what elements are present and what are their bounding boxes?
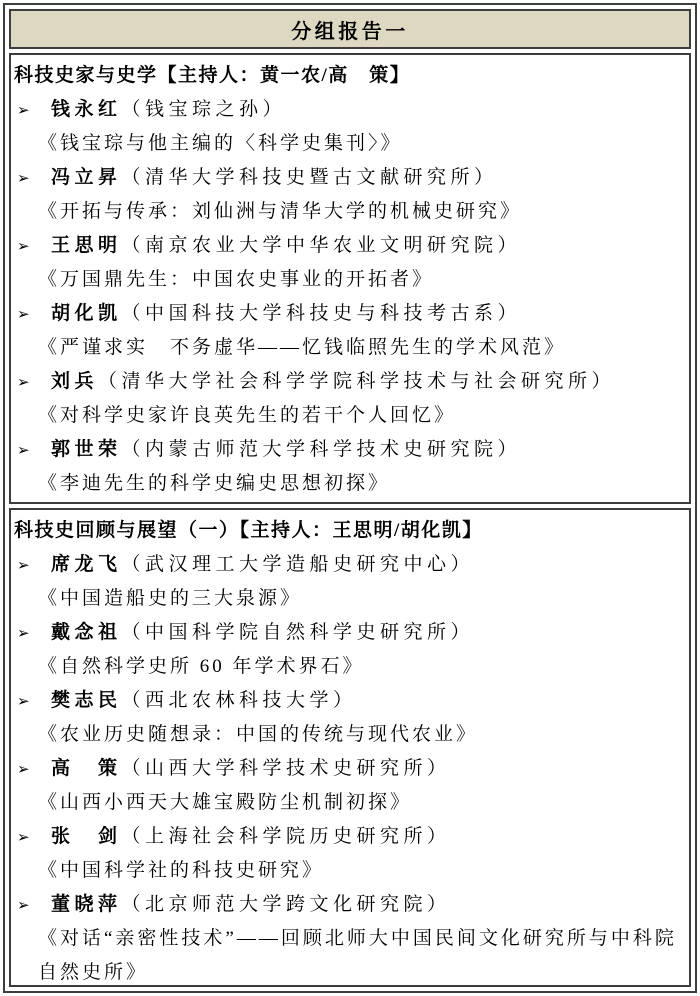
presentation-entry: ➢郭世荣（内蒙古师范大学科学技术史研究院）《李迪先生的科学史编史思想初探》 <box>14 433 681 501</box>
session-1-items: ➢钱永红（钱宝琮之孙）《钱宝琮与他主编的〈科学史集刊〉》➢冯立昇（清华大学科技史… <box>14 93 681 501</box>
paper-title: 《中国造船史的三大泉源》 <box>38 582 681 616</box>
presentation-entry: ➢冯立昇（清华大学科技史暨古文献研究所）《开拓与传承：刘仙洲与清华大学的机械史研… <box>14 161 681 229</box>
speaker-line: ➢冯立昇（清华大学科技史暨古文献研究所） <box>14 161 681 195</box>
paper-title: 《万国鼎先生：中国农史事业的开拓者》 <box>38 263 681 297</box>
arrow-bullet-icon: ➢ <box>14 752 51 786</box>
presentation-entry: ➢张 剑（上海社会科学院历史研究所）《中国科学社的科技史研究》 <box>14 820 681 888</box>
paper-title: 《开拓与传承：刘仙洲与清华大学的机械史研究》 <box>38 195 681 229</box>
report-table: 分组报告一 科技史家与史学【主持人：黄一农/高 策】 ➢钱永红（钱宝琮之孙）《钱… <box>3 3 697 993</box>
speaker-line: ➢张 剑（上海社会科学院历史研究所） <box>14 820 681 854</box>
arrow-bullet-icon: ➢ <box>14 684 51 718</box>
presentation-entry: ➢钱永红（钱宝琮之孙）《钱宝琮与他主编的〈科学史集刊〉》 <box>14 93 681 161</box>
presentation-entry: ➢高 策（山西大学科学技术史研究所）《山西小西天大雄宝殿防尘机制初探》 <box>14 752 681 820</box>
speaker-affiliation: （清华大学科技史暨古文献研究所） <box>122 161 498 195</box>
paper-title: 《山西小西天大雄宝殿防尘机制初探》 <box>38 786 681 820</box>
speaker-name: 戴念祖 <box>51 616 122 650</box>
speaker-name: 钱永红 <box>51 93 122 127</box>
paper-title: 《对话“亲密性技术”——回顾北师大中国民间文化研究所与中科院 自然史所》 <box>38 922 681 987</box>
session-2-cell: 科技史回顾与展望（一）【主持人：王思明/胡化凯】 ➢席龙飞（武汉理工大学造船史研… <box>9 508 691 987</box>
speaker-name: 樊志民 <box>51 684 122 718</box>
paper-title: 《钱宝琮与他主编的〈科学史集刊〉》 <box>38 127 681 161</box>
presentation-entry: ➢王思明（南京农业大学中华农业文明研究院）《万国鼎先生：中国农史事业的开拓者》 <box>14 229 681 297</box>
paper-title: 《对科学史家许良英先生的若干个人回忆》 <box>38 399 681 433</box>
speaker-name: 冯立昇 <box>51 161 122 195</box>
speaker-name: 董晓萍 <box>51 888 122 922</box>
speaker-affiliation: （山西大学科学技术史研究所） <box>122 752 451 786</box>
speaker-line: ➢高 策（山西大学科学技术史研究所） <box>14 752 681 786</box>
presentation-entry: ➢席龙飞（武汉理工大学造船史研究中心）《中国造船史的三大泉源》 <box>14 548 681 616</box>
presentation-entry: ➢胡化凯（中国科技大学科技史与科技考古系）《严谨求实 不务虚华——忆钱临照先生的… <box>14 297 681 365</box>
page-title: 分组报告一 <box>291 15 409 44</box>
speaker-line: ➢刘兵（清华大学社会科学学院科学技术与社会研究所） <box>14 365 681 399</box>
speaker-affiliation: （武汉理工大学造船史研究中心） <box>122 548 475 582</box>
speaker-affiliation: （上海社会科学院历史研究所） <box>122 820 451 854</box>
arrow-bullet-icon: ➢ <box>14 93 51 127</box>
speaker-affiliation: （钱宝琮之孙） <box>122 93 287 127</box>
speaker-name: 高 策 <box>51 752 122 786</box>
paper-title: 《中国科学社的科技史研究》 <box>38 854 681 888</box>
paper-title: 《严谨求实 不务虚华——忆钱临照先生的学术风范》 <box>38 331 681 365</box>
table-header-row: 分组报告一 <box>9 9 691 49</box>
speaker-name: 张 剑 <box>51 820 122 854</box>
arrow-bullet-icon: ➢ <box>14 888 51 922</box>
speaker-line: ➢戴念祖（中国科学院自然科学史研究所） <box>14 616 681 650</box>
arrow-bullet-icon: ➢ <box>14 365 51 399</box>
speaker-affiliation: （清华大学社会科学学院科学技术与社会研究所） <box>98 365 615 399</box>
arrow-bullet-icon: ➢ <box>14 548 51 582</box>
speaker-affiliation: （西北农林科技大学） <box>122 684 357 718</box>
speaker-name: 郭世荣 <box>51 433 122 467</box>
session-1-title: 科技史家与史学【主持人：黄一农/高 策】 <box>14 59 681 93</box>
arrow-bullet-icon: ➢ <box>14 229 51 263</box>
speaker-affiliation: （内蒙古师范大学科学技术史研究院） <box>122 433 522 467</box>
speaker-affiliation: （北京师范大学跨文化研究院） <box>122 888 451 922</box>
speaker-line: ➢席龙飞（武汉理工大学造船史研究中心） <box>14 548 681 582</box>
speaker-line: ➢樊志民（西北农林科技大学） <box>14 684 681 718</box>
presentation-entry: ➢董晓萍（北京师范大学跨文化研究院）《对话“亲密性技术”——回顾北师大中国民间文… <box>14 888 681 987</box>
speaker-line: ➢胡化凯（中国科技大学科技史与科技考古系） <box>14 297 681 331</box>
paper-title: 《自然科学史所 60 年学术界石》 <box>38 650 681 684</box>
speaker-name: 王思明 <box>51 229 122 263</box>
arrow-bullet-icon: ➢ <box>14 161 51 195</box>
speaker-name: 席龙飞 <box>51 548 122 582</box>
speaker-affiliation: （中国科学院自然科学史研究所） <box>122 616 475 650</box>
session-2-title: 科技史回顾与展望（一）【主持人：王思明/胡化凯】 <box>14 514 681 548</box>
session-1-cell: 科技史家与史学【主持人：黄一农/高 策】 ➢钱永红（钱宝琮之孙）《钱宝琮与他主编… <box>9 53 691 504</box>
arrow-bullet-icon: ➢ <box>14 433 51 467</box>
speaker-affiliation: （南京农业大学中华农业文明研究院） <box>122 229 522 263</box>
presentation-entry: ➢戴念祖（中国科学院自然科学史研究所）《自然科学史所 60 年学术界石》 <box>14 616 681 684</box>
arrow-bullet-icon: ➢ <box>14 297 51 331</box>
arrow-bullet-icon: ➢ <box>14 616 51 650</box>
speaker-name: 刘兵 <box>51 365 98 399</box>
paper-title: 《农业历史随想录：中国的传统与现代农业》 <box>38 718 681 752</box>
speaker-line: ➢董晓萍（北京师范大学跨文化研究院） <box>14 888 681 922</box>
speaker-line: ➢王思明（南京农业大学中华农业文明研究院） <box>14 229 681 263</box>
speaker-affiliation: （中国科技大学科技史与科技考古系） <box>122 297 522 331</box>
speaker-line: ➢钱永红（钱宝琮之孙） <box>14 93 681 127</box>
presentation-entry: ➢樊志民（西北农林科技大学）《农业历史随想录：中国的传统与现代农业》 <box>14 684 681 752</box>
speaker-line: ➢郭世荣（内蒙古师范大学科学技术史研究院） <box>14 433 681 467</box>
speaker-name: 胡化凯 <box>51 297 122 331</box>
paper-title: 《李迪先生的科学史编史思想初探》 <box>38 467 681 501</box>
arrow-bullet-icon: ➢ <box>14 820 51 854</box>
session-2-items: ➢席龙飞（武汉理工大学造船史研究中心）《中国造船史的三大泉源》➢戴念祖（中国科学… <box>14 548 681 987</box>
presentation-entry: ➢刘兵（清华大学社会科学学院科学技术与社会研究所）《对科学史家许良英先生的若干个… <box>14 365 681 433</box>
